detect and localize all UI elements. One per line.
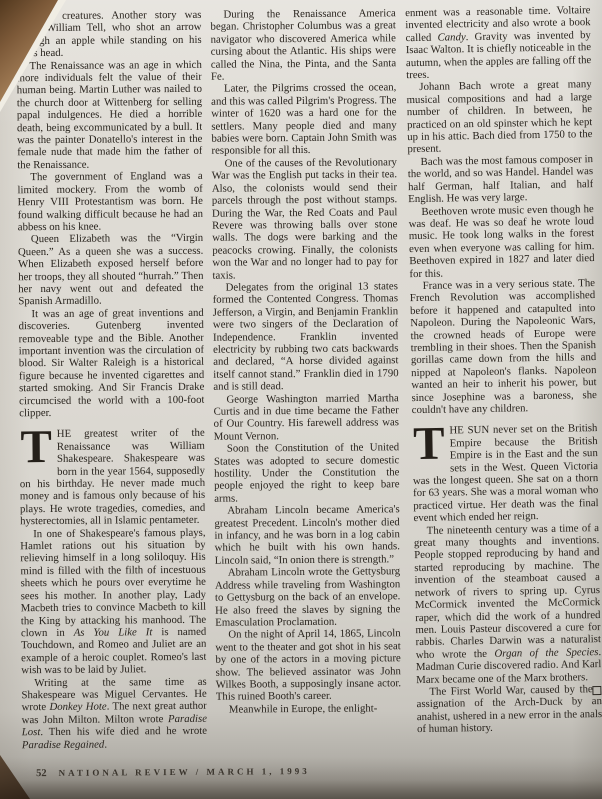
paragraph: One of the causes of the Revolutionary W… — [212, 156, 398, 282]
paragraph: The First World War, caused by the assig… — [416, 683, 602, 736]
text-column-1: mythical creatures. Another story was ab… — [16, 9, 207, 758]
text-column-2: During the Renaissance America began. Ch… — [210, 7, 401, 756]
body-text: The government of England was a limited … — [17, 170, 203, 233]
italic-text: Paradise Regained — [22, 738, 105, 751]
paragraph: Queen Elizabeth was the “Virgin Queen.” … — [18, 232, 204, 308]
paragraph: Bach was the most famous composer in the… — [407, 153, 593, 206]
paragraph: Johann Bach wrote a great many musical c… — [406, 79, 593, 156]
body-text: Johann Bach wrote a great many musical c… — [406, 79, 592, 156]
body-text: Abraham Lincoln became America's greates… — [214, 503, 400, 566]
body-text: George Washington married Martha Curtis … — [214, 392, 400, 443]
italic-text: Donkey Hote — [49, 701, 106, 713]
body-text: On the night of April 14, 1865, Lincoln … — [215, 628, 401, 703]
paragraph: During the Renaissance America began. Ch… — [210, 7, 396, 83]
body-text: In one of Shakespeare's famous plays, Ha… — [20, 526, 206, 639]
paragraph: Beethoven wrote music even though he was… — [408, 203, 595, 280]
body-text: . Then his wife died and he wrote — [40, 725, 207, 738]
body-text: France was in a very serious state. The … — [409, 277, 596, 416]
paragraph: enment was a reasonable time. Voltaire i… — [405, 4, 592, 81]
body-text: One of the causes of the Revolutionary W… — [212, 156, 398, 281]
body-text: Beethoven wrote music even though he was… — [408, 203, 594, 280]
body-text: It was an age of great inventions and di… — [19, 307, 205, 420]
body-text: Later, the Pilgrims crossed the ocean, a… — [211, 82, 397, 157]
body-text: The nineteenth century was a time of a g… — [414, 522, 601, 661]
paragraph: Writing at the same time as Shakespeare … — [21, 675, 207, 751]
paragraph: George Washington married Martha Curtis … — [213, 392, 399, 443]
text-column-3: enment was a reasonable time. Voltaire i… — [405, 4, 602, 755]
magazine-page: mythical creatures. Another story was ab… — [0, 0, 602, 799]
italic-text: Organ of the Species — [494, 646, 598, 660]
drop-cap: T — [412, 425, 450, 464]
page-content: mythical creatures. Another story was ab… — [0, 0, 602, 799]
paragraph: THE greatest writer of the Renaissance w… — [19, 427, 205, 528]
paragraph: France was in a very serious state. The … — [409, 277, 597, 417]
body-text: During the Renaissance America began. Ch… — [210, 7, 396, 82]
columns: mythical creatures. Another story was ab… — [0, 0, 602, 758]
bottom-shadow — [0, 757, 602, 799]
body-text: Delegates from the original 13 states fo… — [213, 280, 399, 393]
paragraph: Delegates from the original 13 states fo… — [213, 280, 399, 393]
end-of-article-marker — [592, 686, 601, 695]
drop-cap: T — [19, 428, 57, 466]
paragraph: Later, the Pilgrims crossed the ocean, a… — [211, 82, 397, 158]
paragraph: Meanwhile in Europe, the enlight- — [216, 702, 401, 716]
body-text: Bach was the most famous composer in the… — [407, 153, 593, 205]
paragraph: The nineteenth century was a time of a g… — [413, 522, 601, 686]
paragraph: The government of England was a limited … — [17, 170, 203, 233]
italic-text: Candy — [437, 31, 465, 43]
paragraph: THE SUN never set on the British Empire … — [412, 422, 599, 524]
body-text: The Renaissance was an age in which more… — [17, 58, 203, 171]
italic-text: As You Like It — [74, 626, 153, 639]
body-text: . — [104, 738, 107, 750]
body-text: Soon the Constitution of the United Stat… — [214, 441, 400, 504]
paragraph: The Renaissance was an age in which more… — [16, 58, 202, 171]
paragraph: Soon the Constitution of the United Stat… — [214, 441, 400, 504]
body-text: Meanwhile in Europe, the enlight- — [229, 702, 378, 715]
paragraph: Abraham Lincoln became America's greates… — [214, 503, 400, 566]
paragraph: Abraham Lincoln wrote the Gettysburg Add… — [215, 566, 401, 629]
paragraph: It was an age of great inventions and di… — [18, 307, 204, 420]
paragraph: On the night of April 14, 1865, Lincoln … — [215, 628, 401, 704]
paragraph: In one of Shakespeare's famous plays, Ha… — [20, 526, 206, 676]
body-text: Abraham Lincoln wrote the Gettysburg Add… — [215, 566, 401, 629]
body-text: Queen Elizabeth was the “Virgin Queen.” … — [18, 232, 204, 307]
body-text: The First World War, caused by the assig… — [416, 683, 602, 735]
